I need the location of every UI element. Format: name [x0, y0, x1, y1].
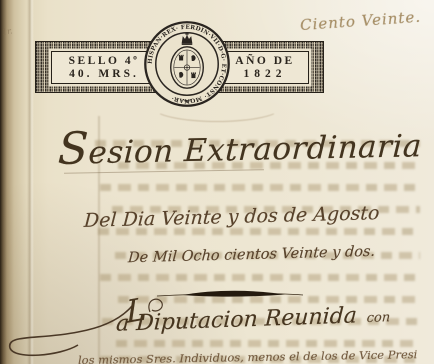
royal-seal: HISPAN·REX· FERDIN·VII·D·G· ET·CONST· MO…	[143, 20, 231, 108]
stamp-year-value: 1822	[244, 68, 287, 81]
bleedthrough-line	[100, 274, 420, 281]
manuscript-page: 1r. Ciento Veinte. SELLO 4º 40. MRS. AÑO…	[0, 0, 434, 364]
calligraphic-divider	[155, 287, 305, 301]
seal-coat-of-arms	[171, 47, 204, 88]
session-year-line: De Mil Ocho cientos Veinte y dos.	[128, 244, 376, 266]
body-opening-tail: con	[366, 310, 390, 326]
folio-number-annotation: Ciento Veinte.	[300, 8, 422, 34]
stamp-year-label: AÑO DE	[235, 55, 294, 68]
session-title: Sesion Extraordinaria	[57, 116, 424, 175]
stamp-year-box: AÑO DE 1822	[221, 51, 309, 84]
stamp-value-label: 40. MRS.	[69, 68, 139, 81]
folio-corner-mark: 1r.	[1, 26, 13, 36]
stamp-class-box: SELLO 4º 40. MRS.	[51, 51, 157, 84]
bleedthrough-line	[100, 184, 420, 191]
stamp-class-label: SELLO 4º	[69, 55, 140, 68]
